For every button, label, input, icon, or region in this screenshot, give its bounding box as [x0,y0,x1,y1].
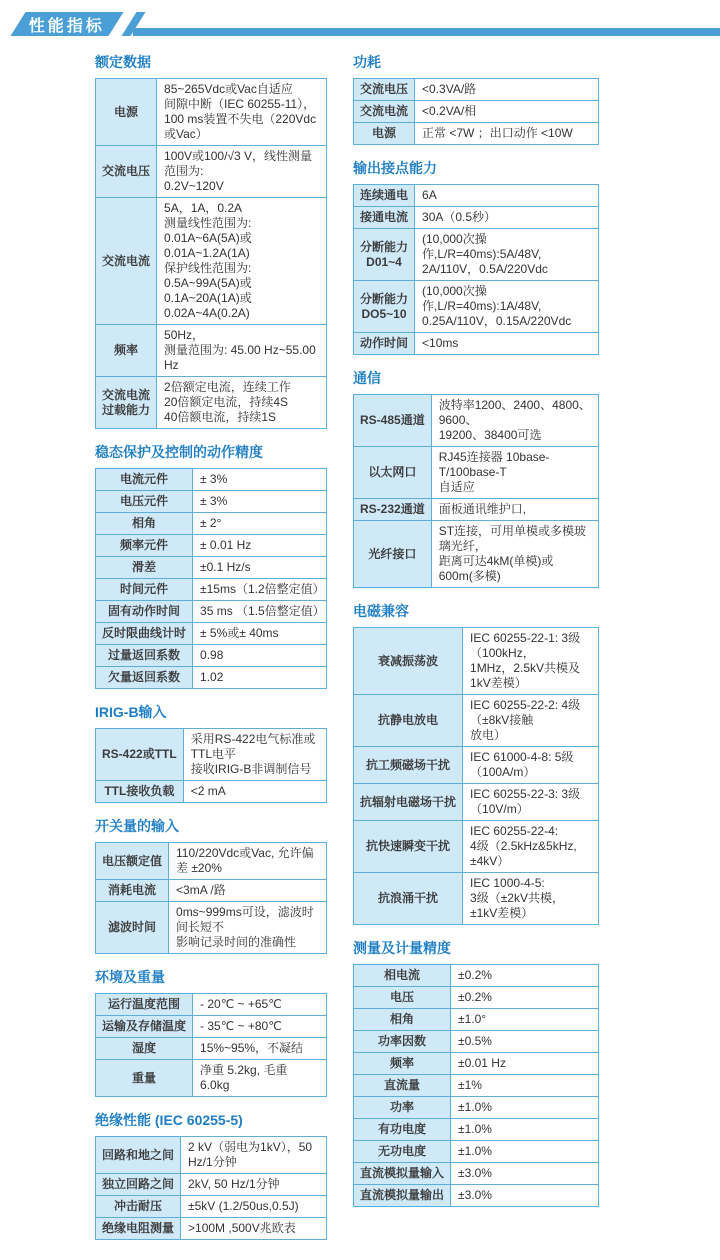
spec-value-cell: ±15ms（1.2倍整定值） [193,579,327,601]
spec-label-cell: 电压元件 [96,491,193,513]
spec-value-cell: 100V或100/√3 V，线性测量范围为: 0.2V~120V [157,146,327,198]
section-title-measurement-accuracy: 测量及计量精度 [353,938,599,958]
spec-row: 滑差±0.1 Hz/s [96,557,327,579]
spec-value-cell: <0.2VA/相 [415,101,599,123]
spec-label-cell: 直流模拟量输出 [354,1185,451,1207]
content: 额定数据电源85~265Vdc或Vac自适应 间隙中断（IEC 60255-11… [0,40,720,1260]
spec-row: 固有动作时间35 ms （1.5倍整定值） [96,601,327,623]
spec-row: RS-232通道面板通讯维护口, [354,499,599,521]
spec-label-cell: 电流元件 [96,469,193,491]
spec-row: 抗快速瞬变干扰IEC 60255-22-4: 4级（2.5kHz&5kHz,±4… [354,821,599,873]
banner-title: 性能指标 [29,13,105,36]
spec-value-cell: <0.3VA/路 [415,79,599,101]
spec-row: 运输及存储温度- 35℃ ~ +80℃ [96,1016,327,1038]
spec-value-cell: ± 3% [193,491,327,513]
spec-label-cell: 无功电度 [354,1141,451,1163]
spec-value-cell: ± 5%或± 40ms [193,623,327,645]
spec-value-cell: 15%~95%，不凝结 [193,1038,327,1060]
spec-label-cell: 抗工频磁场干扰 [354,747,463,784]
spec-row: 连续通电6A [354,185,599,207]
spec-row: 冲击耐压±5kV (1.2/50us,0.5J) [96,1196,327,1218]
spec-value-cell: 50Hz， 测量范围为: 45.00 Hz~55.00 Hz [157,325,327,377]
section-title-communication: 通信 [353,368,599,388]
section-title-power-consumption: 功耗 [353,52,599,72]
spec-section-output-contact: 输出接点能力连续通电6A接通电流30A（0.5秒）分断能力 D01~4(10,0… [353,158,599,355]
spec-value-cell: ±1.0% [451,1141,599,1163]
spec-value-cell: IEC 61000-4-8: 5级（100A/m） [463,747,599,784]
spec-row: 光纤接口ST连接，可用单模或多模玻璃光纤， 距离可达4kM(单模)或600m(多… [354,521,599,588]
spec-row: 滤波时间0ms~999ms可设，滤波时间长短不 影响记录时间的准确性 [96,902,327,954]
spec-value-cell: ±3.0% [451,1185,599,1207]
spec-label-cell: 回路和地之间 [96,1137,181,1174]
spec-value-cell: ±0.01 Hz [451,1053,599,1075]
spec-row: 电流元件± 3% [96,469,327,491]
section-title-binary-input: 开关量的输入 [95,816,327,836]
spec-value-cell: IEC 1000-4-5: 3级（±2kV共模，±1kV差模） [463,873,599,925]
spec-row: 交流电流<0.2VA/相 [354,101,599,123]
spec-label-cell: 运行温度范围 [96,994,193,1016]
spec-label-cell: 交流电流 [96,198,157,325]
spec-table-insulation: 回路和地之间2 kV（弱电为1kV），50 Hz/1分钟独立回路之间2kV, 5… [95,1136,327,1240]
spec-label-cell: 相角 [354,1009,451,1031]
spec-value-cell: (10,000次操作,L/R=40ms):1A/48V, 0.25A/110V，… [415,281,599,333]
spec-value-cell: ST连接，可用单模或多模玻璃光纤， 距离可达4kM(单模)或600m(多模) [431,521,598,588]
spec-label-cell: 交流电压 [354,79,415,101]
spec-table-steady-state-accuracy: 电流元件± 3%电压元件± 3%相角± 2°频率元件± 0.01 Hz滑差±0.… [95,468,327,689]
spec-value-cell: ± 0.01 Hz [193,535,327,557]
spec-value-cell: 110/220Vdc或Vac, 允许偏差 ±20% [169,843,327,880]
spec-table-power-consumption: 交流电压<0.3VA/路交流电流<0.2VA/相电源正常 <7W ；出口动作 <… [353,78,599,145]
spec-row: 抗静电放电IEC 60255-22-2: 4级（±8kV接触 放电） [354,695,599,747]
section-title-environment-weight: 环境及重量 [95,967,327,987]
spec-label-cell: 功率因数 [354,1031,451,1053]
spec-value-cell: 净重 5.2kg, 毛重 6.0kg [193,1060,327,1097]
spec-value-cell: ±0.2% [451,965,599,987]
spec-value-cell: ± 3% [193,469,327,491]
spec-value-cell: 2kV, 50 Hz/1分钟 [181,1174,327,1196]
spec-label-cell: 重量 [96,1060,193,1097]
spec-value-cell: ±1.0% [451,1097,599,1119]
spec-label-cell: 绝缘电阻测量 [96,1218,181,1240]
spec-label-cell: 抗浪涌干扰 [354,873,463,925]
spec-row: RS-422或TTL采用RS-422电气标准或TTL电平 接收IRIG-B非调制… [96,729,327,781]
spec-label-cell: 以太网口 [354,447,432,499]
spec-value-cell: 6A [415,185,599,207]
spec-value-cell: ±1% [451,1075,599,1097]
spec-label-cell: 电压额定值 [96,843,169,880]
spec-label-cell: 衰减振荡波 [354,628,463,695]
spec-label-cell: 运输及存储温度 [96,1016,193,1038]
spec-row: 衰减振荡波IEC 60255-22-1: 3级（100kHz， 1MHz，2.5… [354,628,599,695]
spec-label-cell: 过量返回系数 [96,645,193,667]
spec-value-cell: <10ms [415,333,599,355]
spec-row: 相角±1.0° [354,1009,599,1031]
spec-row: TTL接收负载<2 mA [96,781,327,803]
spec-section-insulation: 绝缘性能 (IEC 60255-5)回路和地之间2 kV（弱电为1kV），50 … [95,1110,327,1240]
spec-row: 重量净重 5.2kg, 毛重 6.0kg [96,1060,327,1097]
spec-label-cell: 滑差 [96,557,193,579]
spec-row: 有功电度±1.0% [354,1119,599,1141]
spec-table-environment-weight: 运行温度范围- 20℃ ~ +65℃运输及存储温度- 35℃ ~ +80℃湿度1… [95,993,327,1097]
spec-row: 交流电流5A，1A，0.2A 测量线性范围为: 0.01A~6A(5A)或 0.… [96,198,327,325]
spec-row: 无功电度±1.0% [354,1141,599,1163]
spec-label-cell: 交流电流 过载能力 [96,377,157,429]
spec-label-cell: 分断能力 D01~4 [354,229,415,281]
spec-row: 反时限曲线计时± 5%或± 40ms [96,623,327,645]
spec-label-cell: 消耗电流 [96,880,169,902]
spec-label-cell: 光纤接口 [354,521,432,588]
spec-value-cell: IEC 60255-22-3: 3级（10V/m） [463,784,599,821]
spec-value-cell: <3mA /路 [169,880,327,902]
spec-row: 抗辐射电磁场干扰IEC 60255-22-3: 3级（10V/m） [354,784,599,821]
spec-row: 欠量返回系数1.02 [96,667,327,689]
spec-value-cell: - 20℃ ~ +65℃ [193,994,327,1016]
spec-table-emc: 衰减振荡波IEC 60255-22-1: 3级（100kHz， 1MHz，2.5… [353,627,599,925]
spec-value-cell: ±1.0% [451,1119,599,1141]
column-left: 额定数据电源85~265Vdc或Vac自适应 间隙中断（IEC 60255-11… [95,44,327,1240]
spec-label-cell: 抗静电放电 [354,695,463,747]
spec-page: 性能指标 额定数据电源85~265Vdc或Vac自适应 间隙中断（IEC 602… [0,0,720,1260]
spec-section-environment-weight: 环境及重量运行温度范围- 20℃ ~ +65℃运输及存储温度- 35℃ ~ +8… [95,967,327,1097]
spec-row: 频率±0.01 Hz [354,1053,599,1075]
spec-value-cell: ± 2° [193,513,327,535]
spec-row: 分断能力 DO5~10(10,000次操作,L/R=40ms):1A/48V, … [354,281,599,333]
spec-label-cell: 抗快速瞬变干扰 [354,821,463,873]
spec-label-cell: RS-422或TTL [96,729,184,781]
spec-value-cell: IEC 60255-22-2: 4级（±8kV接触 放电） [463,695,599,747]
spec-row: 频率50Hz， 测量范围为: 45.00 Hz~55.00 Hz [96,325,327,377]
spec-row: 以太网口RJ45连接器 10base-T/100base-T 自适应 [354,447,599,499]
spec-label-cell: 频率 [354,1053,451,1075]
spec-label-cell: 相电流 [354,965,451,987]
spec-row: 直流模拟量输入±3.0% [354,1163,599,1185]
spec-row: 分断能力 D01~4(10,000次操作,L/R=40ms):5A/48V, 2… [354,229,599,281]
spec-label-cell: 冲击耐压 [96,1196,181,1218]
spec-label-cell: 直流模拟量输入 [354,1163,451,1185]
performance-banner: 性能指标 [0,10,720,40]
spec-row: 交流电流 过载能力2倍额定电流，连续工作 20倍额定电流，持续4S 40倍额电流… [96,377,327,429]
spec-value-cell: <2 mA [183,781,326,803]
spec-value-cell: - 35℃ ~ +80℃ [193,1016,327,1038]
spec-label-cell: 动作时间 [354,333,415,355]
spec-row: 电压额定值110/220Vdc或Vac, 允许偏差 ±20% [96,843,327,880]
spec-section-communication: 通信RS-485通道波特率1200、2400、4800、9600、 19200、… [353,368,599,588]
spec-value-cell: 85~265Vdc或Vac自适应 间隙中断（IEC 60255-11）， 100… [157,79,327,146]
spec-value-cell: 35 ms （1.5倍整定值） [193,601,327,623]
spec-section-emc: 电磁兼容衰减振荡波IEC 60255-22-1: 3级（100kHz， 1MHz… [353,601,599,925]
spec-row: 接通电流30A（0.5秒） [354,207,599,229]
spec-table-binary-input: 电压额定值110/220Vdc或Vac, 允许偏差 ±20%消耗电流<3mA /… [95,842,327,954]
spec-row: 电源85~265Vdc或Vac自适应 间隙中断（IEC 60255-11）， 1… [96,79,327,146]
spec-label-cell: 接通电流 [354,207,415,229]
section-title-steady-state-accuracy: 稳态保护及控制的动作精度 [95,442,327,462]
spec-table-rated-data: 电源85~265Vdc或Vac自适应 间隙中断（IEC 60255-11）， 1… [95,78,327,429]
section-title-output-contact: 输出接点能力 [353,158,599,178]
spec-label-cell: 湿度 [96,1038,193,1060]
spec-label-cell: RS-232通道 [354,499,432,521]
spec-section-steady-state-accuracy: 稳态保护及控制的动作精度电流元件± 3%电压元件± 3%相角± 2°频率元件± … [95,442,327,689]
spec-label-cell: 频率 [96,325,157,377]
spec-row: 消耗电流<3mA /路 [96,880,327,902]
spec-value-cell: 正常 <7W ；出口动作 <10W [415,123,599,145]
spec-value-cell: 30A（0.5秒） [415,207,599,229]
spec-row: 绝缘电阻测量>100M ,500V兆欧表 [96,1218,327,1240]
spec-row: 交流电压<0.3VA/路 [354,79,599,101]
spec-row: 电压元件± 3% [96,491,327,513]
spec-label-cell: 功率 [354,1097,451,1119]
spec-value-cell: 2倍额定电流，连续工作 20倍额定电流，持续4S 40倍额电流，持续1S [157,377,327,429]
spec-value-cell: 2 kV（弱电为1kV），50 Hz/1分钟 [181,1137,327,1174]
spec-row: 湿度15%~95%，不凝结 [96,1038,327,1060]
spec-value-cell: 面板通讯维护口, [431,499,598,521]
spec-label-cell: 电源 [354,123,415,145]
spec-row: 时间元件±15ms（1.2倍整定值） [96,579,327,601]
spec-row: 电源正常 <7W ；出口动作 <10W [354,123,599,145]
spec-label-cell: 交流电压 [96,146,157,198]
spec-table-measurement-accuracy: 相电流±0.2%电压±0.2%相角±1.0°功率因数±0.5%频率±0.01 H… [353,964,599,1207]
spec-label-cell: 直流量 [354,1075,451,1097]
spec-row: 直流量±1% [354,1075,599,1097]
spec-section-binary-input: 开关量的输入电压额定值110/220Vdc或Vac, 允许偏差 ±20%消耗电流… [95,816,327,954]
spec-label-cell: TTL接收负载 [96,781,184,803]
spec-row: 相角± 2° [96,513,327,535]
spec-value-cell: >100M ,500V兆欧表 [181,1218,327,1240]
spec-row: 回路和地之间2 kV（弱电为1kV），50 Hz/1分钟 [96,1137,327,1174]
spec-label-cell: 时间元件 [96,579,193,601]
spec-label-cell: RS-485通道 [354,395,432,447]
spec-value-cell: ±5kV (1.2/50us,0.5J) [181,1196,327,1218]
spec-row: 交流电压100V或100/√3 V，线性测量范围为: 0.2V~120V [96,146,327,198]
spec-label-cell: 频率元件 [96,535,193,557]
spec-value-cell: (10,000次操作,L/R=40ms):5A/48V, 2A/110V，0.5… [415,229,599,281]
column-right: 功耗交流电压<0.3VA/路交流电流<0.2VA/相电源正常 <7W ；出口动作… [353,44,599,1240]
spec-row: 频率元件± 0.01 Hz [96,535,327,557]
spec-row: RS-485通道波特率1200、2400、4800、9600、 19200、38… [354,395,599,447]
spec-row: 相电流±0.2% [354,965,599,987]
banner-tab: 性能指标 [11,12,124,36]
spec-label-cell: 相角 [96,513,193,535]
section-title-emc: 电磁兼容 [353,601,599,621]
spec-row: 抗浪涌干扰IEC 1000-4-5: 3级（±2kV共模，±1kV差模） [354,873,599,925]
spec-row: 独立回路之间2kV, 50 Hz/1分钟 [96,1174,327,1196]
spec-table-irig-b-input: RS-422或TTL采用RS-422电气标准或TTL电平 接收IRIG-B非调制… [95,728,327,803]
spec-row: 直流模拟量输出±3.0% [354,1185,599,1207]
spec-label-cell: 有功电度 [354,1119,451,1141]
spec-row: 电压±0.2% [354,987,599,1009]
spec-label-cell: 分断能力 DO5~10 [354,281,415,333]
spec-row: 过量返回系数0.98 [96,645,327,667]
spec-label-cell: 电源 [96,79,157,146]
spec-label-cell: 滤波时间 [96,902,169,954]
spec-value-cell: 5A，1A，0.2A 测量线性范围为: 0.01A~6A(5A)或 0.01A~… [157,198,327,325]
spec-value-cell: IEC 60255-22-4: 4级（2.5kHz&5kHz,±4kV） [463,821,599,873]
spec-value-cell: ±0.2% [451,987,599,1009]
spec-value-cell: ±0.1 Hz/s [193,557,327,579]
section-title-insulation: 绝缘性能 (IEC 60255-5) [95,1110,327,1130]
spec-value-cell: 采用RS-422电气标准或TTL电平 接收IRIG-B非调制信号 [183,729,326,781]
spec-label-cell: 独立回路之间 [96,1174,181,1196]
section-title-irig-b-input: IRIG-B输入 [95,702,327,722]
spec-value-cell: ±0.5% [451,1031,599,1053]
spec-value-cell: IEC 60255-22-1: 3级（100kHz， 1MHz，2.5kV共模及… [463,628,599,695]
spec-label-cell: 固有动作时间 [96,601,193,623]
spec-section-measurement-accuracy: 测量及计量精度相电流±0.2%电压±0.2%相角±1.0°功率因数±0.5%频率… [353,938,599,1207]
spec-section-rated-data: 额定数据电源85~265Vdc或Vac自适应 间隙中断（IEC 60255-11… [95,52,327,429]
spec-row: 抗工频磁场干扰IEC 61000-4-8: 5级（100A/m） [354,747,599,784]
spec-value-cell: 0.98 [193,645,327,667]
spec-value-cell: 1.02 [193,667,327,689]
spec-value-cell: RJ45连接器 10base-T/100base-T 自适应 [431,447,598,499]
spec-label-cell: 交流电流 [354,101,415,123]
spec-label-cell: 欠量返回系数 [96,667,193,689]
spec-table-output-contact: 连续通电6A接通电流30A（0.5秒）分断能力 D01~4(10,000次操作,… [353,184,599,355]
spec-label-cell: 电压 [354,987,451,1009]
banner-bar [133,28,720,36]
spec-section-power-consumption: 功耗交流电压<0.3VA/路交流电流<0.2VA/相电源正常 <7W ；出口动作… [353,52,599,145]
spec-value-cell: 0ms~999ms可设，滤波时间长短不 影响记录时间的准确性 [169,902,327,954]
spec-row: 运行温度范围- 20℃ ~ +65℃ [96,994,327,1016]
spec-row: 功率因数±0.5% [354,1031,599,1053]
section-title-rated-data: 额定数据 [95,52,327,72]
spec-value-cell: ±3.0% [451,1163,599,1185]
spec-table-communication: RS-485通道波特率1200、2400、4800、9600、 19200、38… [353,394,599,588]
spec-label-cell: 反时限曲线计时 [96,623,193,645]
spec-value-cell: 波特率1200、2400、4800、9600、 19200、38400可选 [431,395,598,447]
spec-label-cell: 连续通电 [354,185,415,207]
spec-value-cell: ±1.0° [451,1009,599,1031]
spec-label-cell: 抗辐射电磁场干扰 [354,784,463,821]
spec-section-irig-b-input: IRIG-B输入RS-422或TTL采用RS-422电气标准或TTL电平 接收I… [95,702,327,803]
spec-row: 功率±1.0% [354,1097,599,1119]
spec-row: 动作时间<10ms [354,333,599,355]
